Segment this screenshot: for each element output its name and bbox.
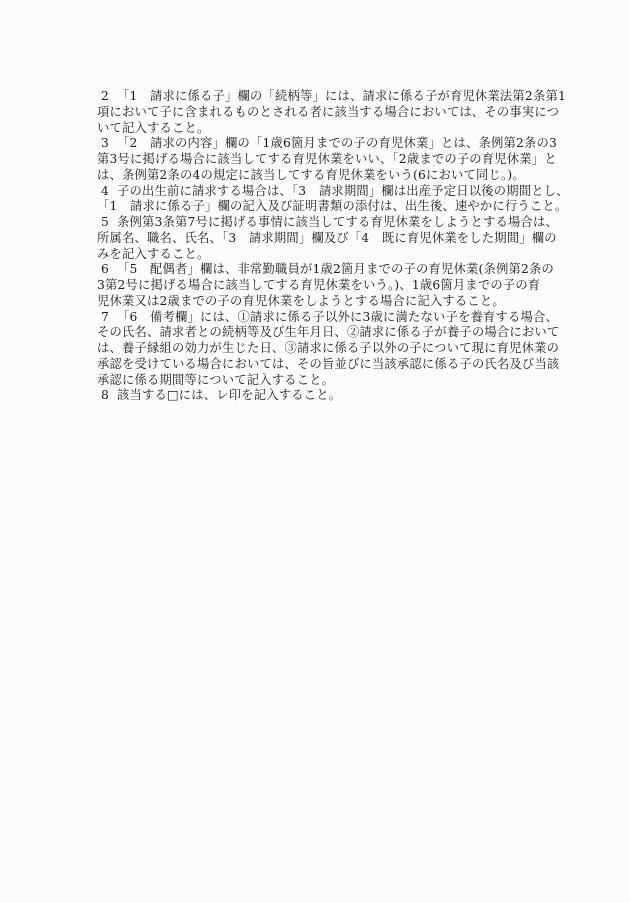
item-number: 5 [101, 215, 117, 231]
item-number: 2 [101, 89, 117, 105]
note-line: 3「2 請求の内容」欄の「1歳6箇月までの子の育児休業」とは、条例第2条の3 [97, 136, 572, 152]
note-line: は、養子縁組の効力が生じた日、③請求に係る子以外の子について現に育児休業の [97, 341, 572, 357]
note-line: みを記入すること。 [97, 247, 572, 263]
item-number: 4 [101, 184, 117, 200]
item-text: 「6 備考欄」には、①請求に係る子以外に3歳に満たない子を養育する場合、 [117, 310, 558, 324]
note-line: 2「1 請求に係る子」欄の「続柄等」には、請求に係る子が育児休業法第2条第1 [97, 89, 572, 105]
note-line: 承認を受けている場合においては、その旨並びに当該承認に係る子の氏名及び当該 [97, 357, 572, 373]
note-line: 8該当する□には、レ印を記入すること。 [97, 388, 572, 404]
note-item-8: 8該当する□には、レ印を記入すること。 [97, 388, 572, 404]
item-number: 6 [101, 262, 117, 278]
note-item-2: 2「1 請求に係る子」欄の「続柄等」には、請求に係る子が育児休業法第2条第1項に… [97, 89, 572, 136]
note-line: 所属名、職名、氏名、「3 請求期間」欄及び「4 既に育児休業をした期間」欄の [97, 231, 572, 247]
note-line: 児休業又は2歳までの子の育児休業をしようとする場合に記入すること。 [97, 294, 572, 310]
note-line: その氏名、請求者との続柄等及び生年月日、②請求に係る子が養子の場合において [97, 325, 572, 341]
note-line: 「1 請求に係る子」欄の記入及び証明書類の添付は、出生後、速やかに行うこと。 [97, 199, 572, 215]
notes-list: 2「1 請求に係る子」欄の「続柄等」には、請求に係る子が育児休業法第2条第1項に… [97, 89, 572, 404]
item-text: 「2 請求の内容」欄の「1歳6箇月までの子の育児休業」とは、条例第2条の3 [117, 136, 557, 150]
item-text: 「1 請求に係る子」欄の「続柄等」には、請求に係る子が育児休業法第2条第1 [117, 89, 566, 103]
item-number: 7 [101, 310, 117, 326]
item-number: 3 [101, 136, 117, 152]
note-line: 4子の出生前に請求する場合は、「3 請求期間」欄は出産予定日以後の期間とし、 [97, 184, 572, 200]
note-item-3: 3「2 請求の内容」欄の「1歳6箇月までの子の育児休業」とは、条例第2条の3第3… [97, 136, 572, 183]
note-line: は、条例第2条の4の規定に該当してする育児休業をいう(6において同じ。)。 [97, 168, 572, 184]
note-line: 6「5 配偶者」欄は、非常勤職員が1歳2箇月までの子の育児休業(条例第2条の [97, 262, 572, 278]
item-text: 条例第3条第7号に掲げる事情に該当してする育児休業をしようとする場合は、 [117, 215, 558, 229]
note-item-7: 7「6 備考欄」には、①請求に係る子以外に3歳に満たない子を養育する場合、その氏… [97, 310, 572, 389]
note-line: 第3号に掲げる場合に該当してする育児休業をいい、「2歳までの子の育児休業」と [97, 152, 572, 168]
note-line: 3第2号に掲げる場合に該当してする育児休業をいう。)、1歳6箇月までの子の育 [97, 278, 572, 294]
note-line: 7「6 備考欄」には、①請求に係る子以外に3歳に満たない子を養育する場合、 [97, 310, 572, 326]
note-item-6: 6「5 配偶者」欄は、非常勤職員が1歳2箇月までの子の育児休業(条例第2条の3第… [97, 262, 572, 309]
note-line: 項において子に含まれるものとされる者に該当する場合においては、その事実につ [97, 105, 572, 121]
document-page: 2「1 請求に係る子」欄の「続柄等」には、請求に係る子が育児休業法第2条第1項に… [0, 0, 630, 903]
note-line: 承認に係る期間等について記入すること。 [97, 373, 572, 389]
note-item-4: 4子の出生前に請求する場合は、「3 請求期間」欄は出産予定日以後の期間とし、「1… [97, 184, 572, 216]
note-line: いて記入すること。 [97, 121, 572, 137]
item-text: 子の出生前に請求する場合は、「3 請求期間」欄は出産予定日以後の期間とし、 [117, 184, 569, 198]
item-number: 8 [101, 388, 117, 404]
item-text: 「5 配偶者」欄は、非常勤職員が1歳2箇月までの子の育児休業(条例第2条の [117, 262, 554, 276]
note-line: 5条例第3条第7号に掲げる事情に該当してする育児休業をしようとする場合は、 [97, 215, 572, 231]
note-item-5: 5条例第3条第7号に掲げる事情に該当してする育児休業をしようとする場合は、所属名… [97, 215, 572, 262]
item-text: 該当する□には、レ印を記入すること。 [117, 388, 341, 402]
